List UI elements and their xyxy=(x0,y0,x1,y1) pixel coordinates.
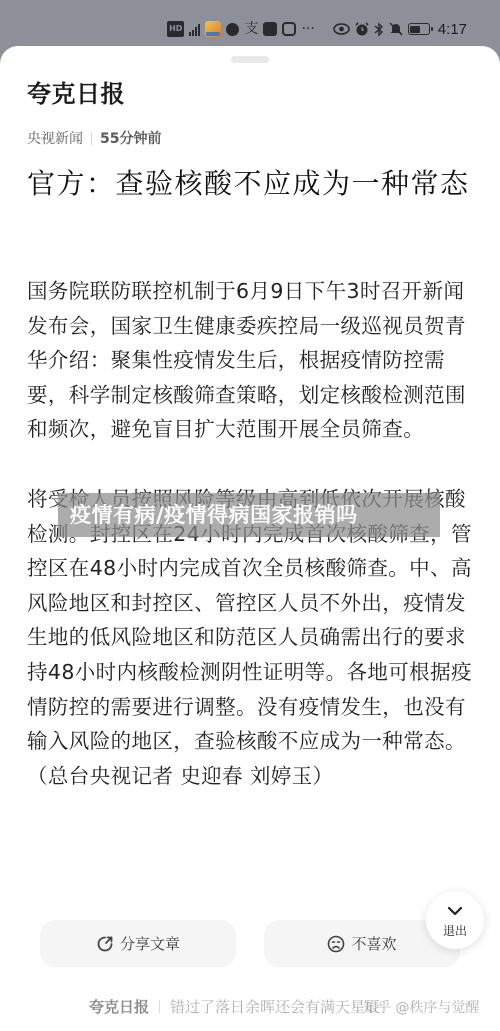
paragraph-1: 国务院联防联控机制于6月9日下午3时召开新闻发布会，国家卫生健康委疾控局一级巡视… xyxy=(27,274,477,447)
chevron-down-icon xyxy=(447,901,463,920)
alarm-icon xyxy=(355,21,369,37)
mute-bell-icon xyxy=(389,21,403,37)
battery-icon xyxy=(408,21,430,37)
alipay-icon: 支 xyxy=(244,21,258,37)
time-ago: 55分钟前 xyxy=(100,128,161,148)
meta-divider xyxy=(91,132,92,145)
clock: 4:17 xyxy=(438,21,467,38)
footer: 夸克日报 错过了落日余晖还会有满天星辰 xyxy=(89,996,380,1017)
share-icon xyxy=(96,935,114,953)
overlay-banner: 疫情有病/疫情得病国家报销吗 xyxy=(58,493,440,537)
exit-label: 退出 xyxy=(443,922,467,939)
article-sheet: 夸克日报 央视新闻 55分钟前 官方：查验核酸不应成为一种常态 国务院联防联控机… xyxy=(0,46,500,1031)
status-bar: HD 支 ··· 4:17 xyxy=(0,0,500,46)
status-icons: HD 支 ··· 4:17 xyxy=(167,19,467,39)
more-dots-icon: ··· xyxy=(301,21,314,37)
share-label: 分享文章 xyxy=(120,933,180,954)
footer-divider xyxy=(159,1000,160,1013)
bluetooth-icon xyxy=(374,21,384,37)
brand-title: 夸克日报 xyxy=(27,74,125,109)
drag-handle[interactable] xyxy=(231,56,269,63)
sad-face-icon xyxy=(327,935,345,953)
footer-slogan: 错过了落日余晖还会有满天星辰 xyxy=(170,996,380,1017)
footer-brand: 夸克日报 xyxy=(89,996,149,1017)
spacer xyxy=(320,21,328,37)
eye-icon xyxy=(333,21,350,37)
hexagon-app-icon xyxy=(282,22,296,36)
article-headline: 官方：查验核酸不应成为一种常态 xyxy=(27,164,477,204)
dislike-label: 不喜欢 xyxy=(351,933,396,954)
hd-icon: HD xyxy=(167,21,184,37)
share-article-button[interactable]: 分享文章 xyxy=(40,920,236,967)
article-meta: 央视新闻 55分钟前 xyxy=(27,128,161,148)
dark-app-icon xyxy=(263,22,277,36)
browser-icon xyxy=(226,23,239,36)
source-label: 央视新闻 xyxy=(27,128,83,148)
watermark: 知乎 @秩序与觉醒 xyxy=(363,997,479,1017)
news-app-icon xyxy=(205,21,221,37)
exit-button[interactable]: 退出 xyxy=(426,891,484,949)
signal-5g-icon xyxy=(189,21,200,37)
